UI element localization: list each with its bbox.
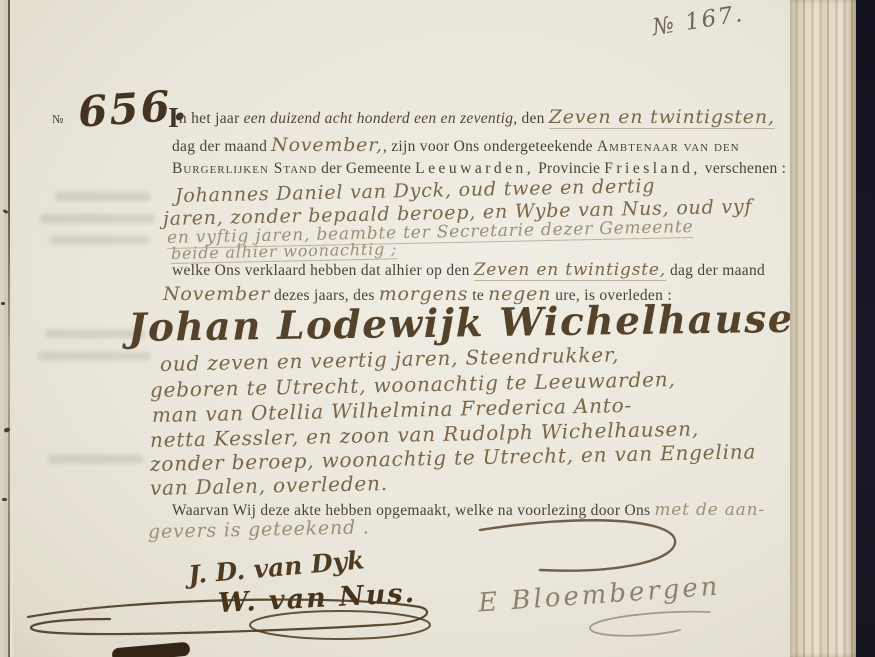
printed-text: den: [521, 110, 544, 127]
dropcap-initial: I: [168, 103, 179, 134]
details-line-6: van Dalen, overleden.: [150, 471, 388, 500]
printed-text: Provincie: [538, 160, 600, 177]
handwritten-text: gevers is geteekend .: [148, 516, 370, 543]
bleed-through-text: [38, 352, 150, 360]
printed-text: n het jaar: [179, 110, 240, 127]
printed-text: verschenen :: [705, 160, 787, 177]
pen-flourish: [420, 512, 730, 582]
background-binding: [856, 0, 875, 657]
bleed-through-text: [55, 192, 150, 201]
signature-flourish-registrar: [560, 608, 740, 648]
printed-text: welke Ons verklaard hebben dat alhier op…: [172, 262, 470, 279]
body-line-2: dag der maand November,, zijn voor Ons o…: [172, 134, 740, 156]
printed-text: dag der maand: [670, 262, 765, 279]
printed-italic-year: een duizend acht honderd een en zeventig…: [244, 110, 518, 127]
body-line-1: In het jaar een duizend acht honderd een…: [168, 106, 775, 128]
handwritten-death-day: Zeven en twintigste,: [474, 260, 666, 281]
page-fold-line: [8, 0, 10, 657]
bleed-through-text: [40, 214, 155, 223]
body-line-3: Burgerlijken Stand der Gemeente Leeuward…: [172, 160, 786, 178]
printed-smallcaps: Ambtenaar van den: [597, 138, 740, 155]
signature-flourish: [20, 595, 440, 645]
book-page-stack-edge: [790, 0, 856, 657]
bleed-through-text: [48, 455, 143, 463]
handwritten-day: Zeven en twintigsten,: [549, 106, 775, 129]
record-number-symbol: №: [52, 112, 63, 127]
body-line-8: welke Ons verklaard hebben dat alhier op…: [172, 260, 765, 280]
printed-smallcaps: Burgerlijken Stand: [172, 160, 317, 177]
bleed-through-text: [50, 236, 150, 244]
ink-mark: [2, 498, 7, 501]
handwritten-death-month: November: [163, 283, 270, 305]
printed-text: , zijn voor Ons ondergeteekende: [383, 138, 593, 155]
printed-text: der Gemeente: [321, 160, 411, 177]
deceased-name: Johan Lodewijk Wichelhausen ,: [128, 295, 855, 351]
ink-mark: [1, 302, 5, 305]
printed-municipality: Leeuwarden,: [415, 160, 534, 177]
handwritten-text: van Dalen, overleden.: [150, 471, 388, 500]
printed-text: dag der maand: [172, 138, 267, 155]
handwritten-month: November,: [271, 134, 383, 156]
death-certificate-scan: № 167. № 656. In het jaar een duizend ac…: [0, 0, 875, 657]
folio-number: № 167.: [651, 1, 746, 41]
closing-line-2: gevers is geteekend .: [148, 516, 370, 543]
previous-page-edge: [0, 0, 13, 657]
